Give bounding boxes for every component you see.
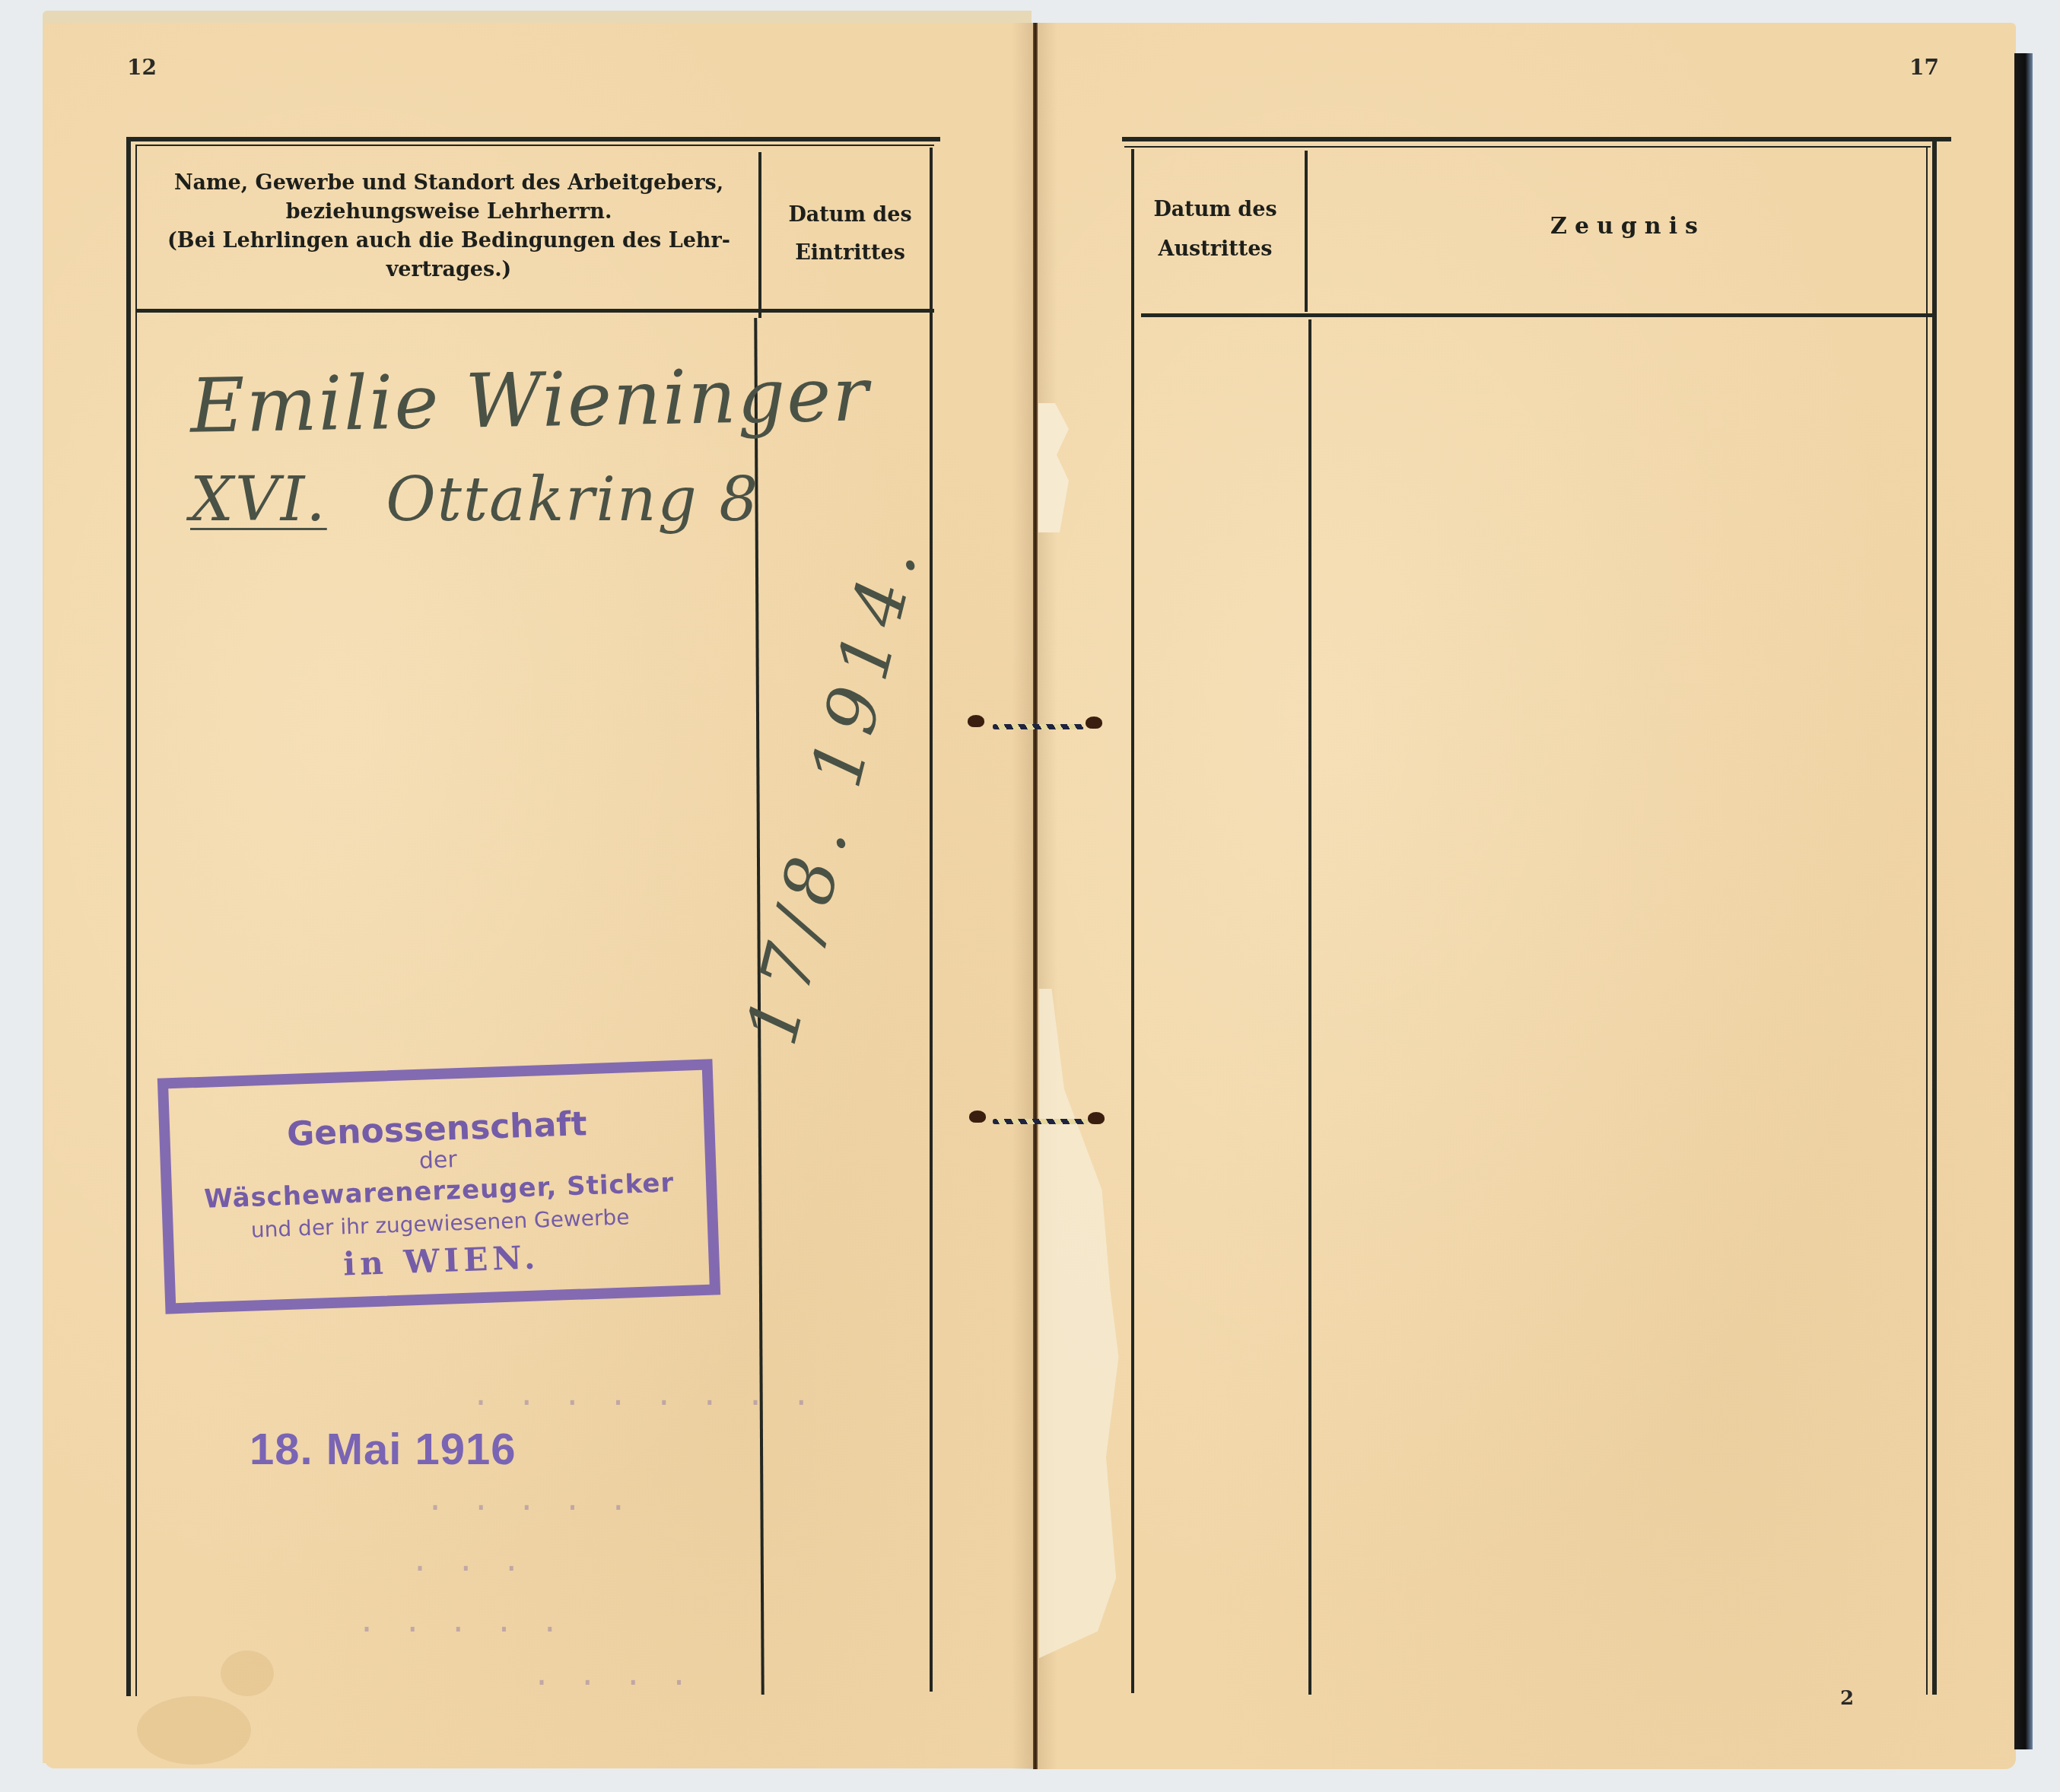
column-divider-header — [1305, 151, 1308, 312]
page-number-right: 17 — [1909, 55, 1939, 80]
faded-stamp-line: · · · · · · · · — [472, 1386, 815, 1421]
table-border-right-inner — [1926, 148, 1928, 1695]
right-page — [1035, 23, 2016, 1769]
book-cover-edge — [2014, 53, 2033, 1749]
entry-date-column-header: Datum des Eintrittes — [765, 196, 936, 272]
binding-hole — [1086, 716, 1102, 729]
header-separator — [137, 309, 934, 313]
faded-stamp-line: · · · · — [532, 1666, 693, 1701]
certificate-column-header: Zeugnis — [1312, 213, 1944, 240]
table-border-left — [126, 137, 131, 1696]
handwritten-employer-name: Emilie Wieninger — [189, 351, 870, 450]
district-number: XVI. — [190, 464, 327, 535]
column-divider-header — [758, 152, 761, 318]
handwritten-employer-address: XVI. Ottakring 8 — [190, 464, 759, 535]
date-stamp: 18. Mai 1916 — [250, 1424, 517, 1475]
table-border-top-inner — [135, 145, 934, 146]
binding-thread — [993, 724, 1084, 729]
table-border-top — [1122, 137, 1951, 141]
faded-stamp-line: · · · · · — [358, 1612, 564, 1647]
faded-stamp-line: · · · · · — [426, 1491, 632, 1526]
exit-date-column-header: Datum des Austrittes — [1126, 190, 1305, 269]
employer-column-header: Name, Gewerbe und Standort des Arbeitgeb… — [145, 169, 753, 284]
paper-stain — [137, 1696, 251, 1765]
header-separator — [1141, 313, 1932, 317]
street-address: Ottakring 8 — [386, 464, 759, 535]
binding-hole — [969, 1110, 986, 1123]
table-border-top — [126, 137, 940, 141]
table-border-right — [930, 148, 933, 1692]
column-divider — [1308, 319, 1311, 1695]
binding-hole — [968, 715, 984, 727]
table-border-left — [1131, 149, 1134, 1693]
faded-stamp-line: · · · — [411, 1552, 525, 1587]
guild-stamp: Genossenschaft der Wäschewarenerzeuger, … — [157, 1059, 720, 1314]
binding-thread — [993, 1119, 1088, 1124]
page-number-left: 12 — [127, 55, 157, 80]
table-border-right — [1932, 137, 1937, 1695]
table-border-top-inner — [1124, 146, 1931, 148]
paper-stain — [221, 1651, 274, 1696]
signature-mark: 2 — [1840, 1687, 1854, 1710]
binding-hole — [1088, 1112, 1105, 1124]
book-spine — [1033, 23, 1038, 1769]
table-border-left-inner — [135, 145, 137, 1696]
